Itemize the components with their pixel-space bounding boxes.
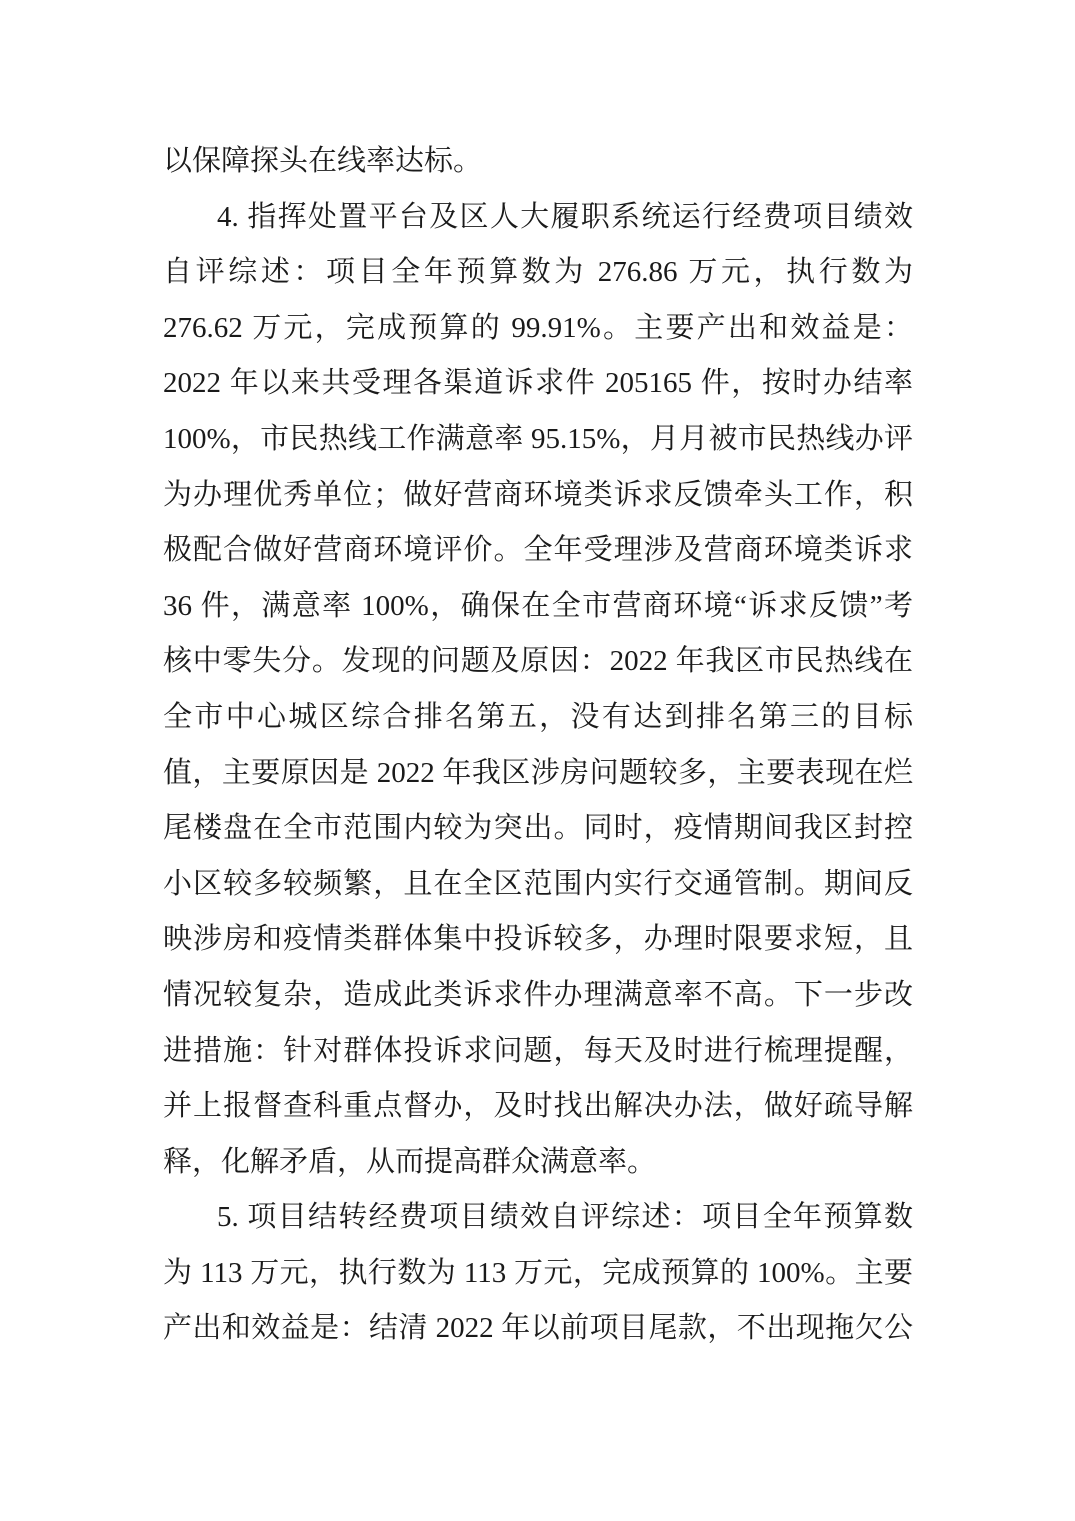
text-line: 核中零失分。发现的问题及原因：2022 年我区市民热线在 bbox=[163, 634, 913, 690]
text-line: 释，化解矛盾，从而提高群众满意率。 bbox=[163, 1135, 913, 1191]
text-line: 276.62 万元，完成预算的 99.91%。主要产出和效益是： bbox=[163, 301, 913, 357]
text-line: 并上报督查科重点督办，及时找出解决办法，做好疏导解 bbox=[163, 1079, 913, 1135]
text-line: 36 件，满意率 100%，确保在全市营商环境“诉求反馈”考 bbox=[163, 579, 913, 635]
text-line: 100%，市民热线工作满意率 95.15%，月月被市民热线办评 bbox=[163, 412, 913, 468]
text-body: 以保障探头在线率达标。 4. 指挥处置平台及区人大履职系统运行经费项目绩效 自评… bbox=[163, 134, 913, 1357]
text-line: 映涉房和疫情类群体集中投诉较多，办理时限要求短，且 bbox=[163, 912, 913, 968]
text-line: 产出和效益是：结清 2022 年以前项目尾款，不出现拖欠公 bbox=[163, 1301, 913, 1357]
text-line: 5. 项目结转经费项目绩效自评综述：项目全年预算数 bbox=[163, 1190, 913, 1246]
text-line: 以保障探头在线率达标。 bbox=[163, 134, 913, 190]
text-line: 自评综述：项目全年预算数为 276.86 万元，执行数为 bbox=[163, 245, 913, 301]
text-line: 小区较多较频繁，且在全区范围内实行交通管制。期间反 bbox=[163, 857, 913, 913]
text-line: 为 113 万元，执行数为 113 万元，完成预算的 100%。主要 bbox=[163, 1246, 913, 1302]
document-page: 以保障探头在线率达标。 4. 指挥处置平台及区人大履职系统运行经费项目绩效 自评… bbox=[0, 0, 1075, 1521]
text-line: 值，主要原因是 2022 年我区涉房问题较多，主要表现在烂 bbox=[163, 746, 913, 802]
text-line: 全市中心城区综合排名第五，没有达到排名第三的目标 bbox=[163, 690, 913, 746]
text-line: 尾楼盘在全市范围内较为突出。同时，疫情期间我区封控 bbox=[163, 801, 913, 857]
text-line: 2022 年以来共受理各渠道诉求件 205165 件，按时办结率 bbox=[163, 356, 913, 412]
text-line: 4. 指挥处置平台及区人大履职系统运行经费项目绩效 bbox=[163, 190, 913, 246]
text-line: 极配合做好营商环境评价。全年受理涉及营商环境类诉求 bbox=[163, 523, 913, 579]
text-line: 进措施：针对群体投诉求问题，每天及时进行梳理提醒， bbox=[163, 1024, 913, 1080]
text-line: 为办理优秀单位；做好营商环境类诉求反馈牵头工作，积 bbox=[163, 468, 913, 524]
text-line: 情况较复杂，造成此类诉求件办理满意率不高。下一步改 bbox=[163, 968, 913, 1024]
